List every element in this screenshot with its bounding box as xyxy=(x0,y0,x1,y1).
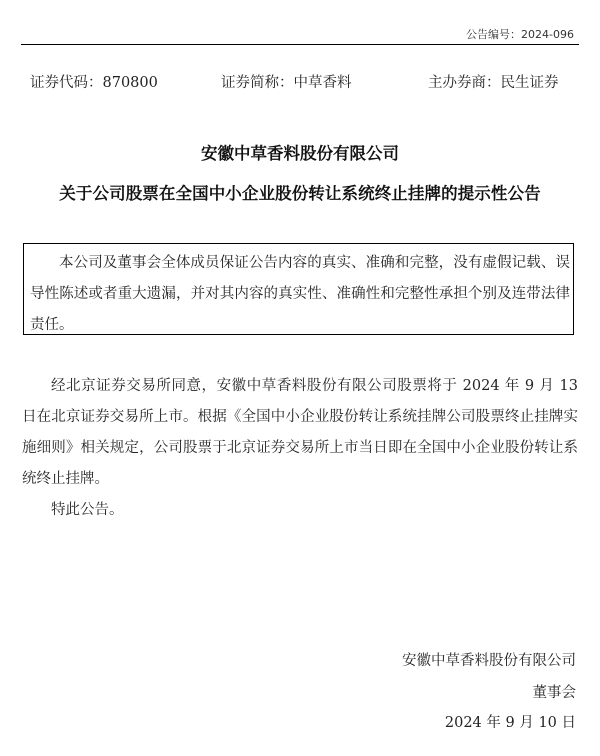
body-paragraph-2: 特此公告。 xyxy=(22,495,578,526)
security-code: 证券代码：870800 xyxy=(30,71,158,92)
sponsor-broker: 主办券商：民生证券 xyxy=(428,71,559,92)
signature-date: 2024 年 9 月 10 日 xyxy=(445,711,576,732)
security-abbreviation: 证券简称：中草香料 xyxy=(221,71,352,92)
company-title: 安徽中草香料股份有限公司 xyxy=(0,140,600,164)
signature-company: 安徽中草香料股份有限公司 xyxy=(402,649,576,670)
body-paragraph-1: 经北京证券交易所同意，安徽中草香料股份有限公司股票将于 2024 年 9 月 1… xyxy=(22,371,578,495)
header-divider xyxy=(21,44,579,45)
security-meta-row: 证券代码：870800 证券简称：中草香料 主办券商：民生证券 xyxy=(0,71,600,91)
announcement-number: 公告编号：2024-096 xyxy=(466,26,574,42)
disclaimer-text: 本公司及董事会全体成员保证公告内容的真实、准确和完整，没有虚假记载、误导性陈述或… xyxy=(30,248,570,341)
signature-board: 董事会 xyxy=(533,681,577,702)
document-title: 关于公司股票在全国中小企业股份转让系统终止挂牌的提示性公告 xyxy=(0,180,600,204)
